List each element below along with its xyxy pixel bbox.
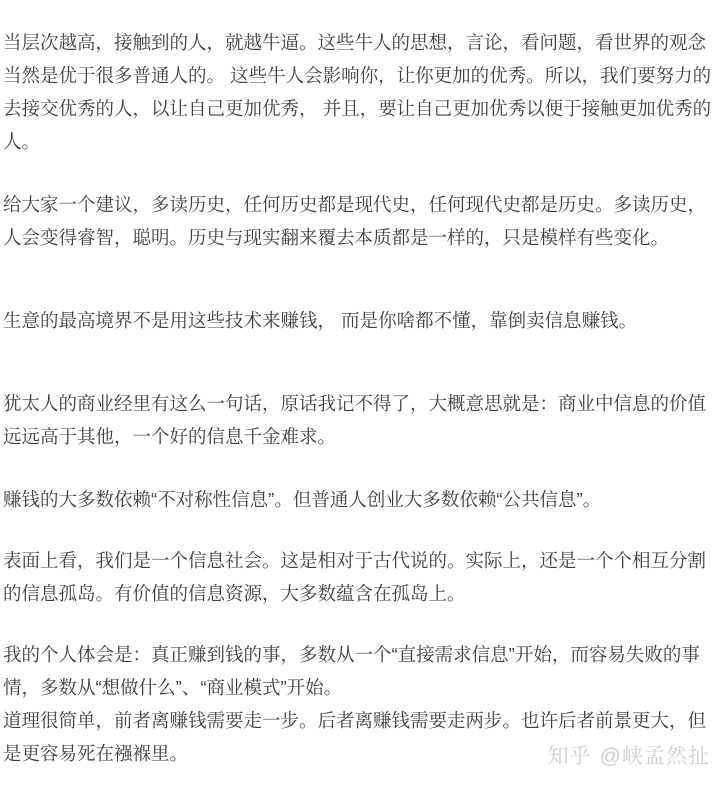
paragraph-business-realm: 生意的最高境界不是用这些技术来赚钱， 而是你啥都不懂，靠倒卖信息赚钱。 [3,304,714,337]
watermark-site-name: 知乎 [548,745,592,768]
paragraph-networking: 当层次越高，接触到的人，就越牛逼。这些牛人的思想，言论，看问题，看世界的观念当然… [3,26,714,158]
zhihu-watermark: 知乎@峡孟然扯 [548,740,710,770]
paragraph-personal-experience: 我的个人体会是：真正赚到钱的事，多数从一个“直接需求信息”开始，而容易失败的事情… [3,638,714,704]
paragraph-asymmetric-info: 赚钱的大多数依赖“不对称性信息”。但普通人创业大多数依赖“公共信息”。 [3,483,714,516]
paragraph-read-history: 给大家一个建议，多读历史，任何历史都是现代史，任何现代史都是历史。多读历史，人会… [3,188,714,254]
paragraph-info-islands: 表面上看，我们是一个信息社会。这是相对于古代说的。实际上，还是一个个相互分割的信… [3,544,714,610]
watermark-author-handle: @峡孟然扯 [600,745,710,768]
paragraph-jewish-business: 犹太人的商业经里有这么一句话，原话我记不得了，大概意思就是：商业中信息的价值远远… [3,387,714,453]
article-body: 当层次越高，接触到的人，就越牛逼。这些牛人的思想，言论，看问题，看世界的观念当然… [0,0,720,770]
